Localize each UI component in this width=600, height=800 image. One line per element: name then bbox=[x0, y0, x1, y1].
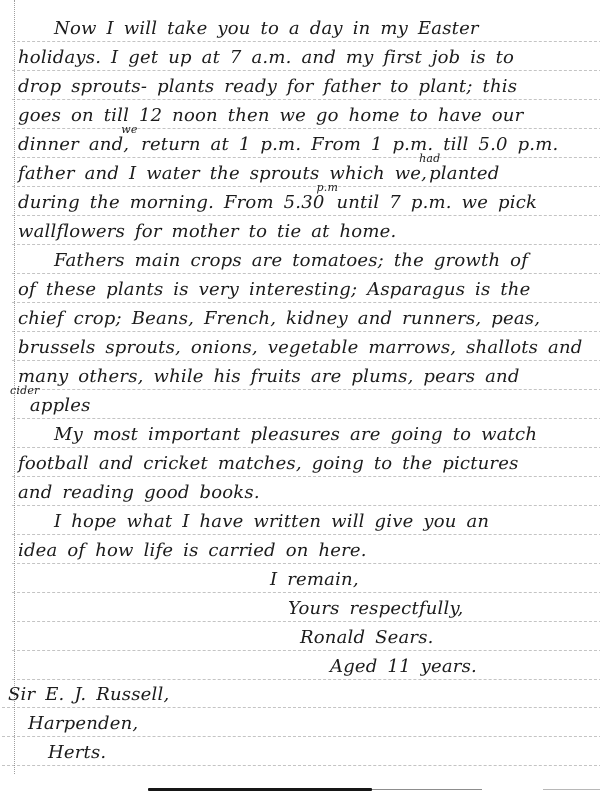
letter-line: My most important pleasures are going to… bbox=[18, 420, 594, 449]
insertion-marker: p.m bbox=[325, 190, 327, 208]
handwritten-text-run: Herts. bbox=[48, 742, 106, 763]
inserted-word: cider bbox=[10, 385, 40, 396]
handwritten-text-run: Yours respectfully, bbox=[288, 598, 463, 619]
letter-line: football and cricket matches, going to t… bbox=[18, 449, 594, 478]
letter-line: I hope what I have written will give you… bbox=[18, 507, 594, 536]
letter-line: holidays. I get up at 7 a.m. and my firs… bbox=[18, 43, 594, 72]
handwritten-text-run: goes on till 12 noon then we go home to … bbox=[18, 105, 523, 126]
page-bottom-rule-dark bbox=[148, 788, 372, 791]
handwritten-text-run: until 7 p.m. we pick bbox=[327, 192, 538, 213]
handwritten-text-run: idea of how life is carried on here. bbox=[18, 540, 367, 561]
handwritten-text-run: My most important pleasures are going to… bbox=[54, 424, 537, 445]
handwritten-text-run: Harpenden, bbox=[28, 713, 138, 734]
inserted-word: we bbox=[121, 124, 137, 135]
recipient-address-block: Sir E. J. Russell,Harpenden,Herts. bbox=[8, 680, 594, 767]
inserted-word: p.m bbox=[317, 182, 339, 193]
letter-line: wallflowers for mother to tie at home. bbox=[18, 217, 594, 246]
letter-line: brussels sprouts, onions, vegetable marr… bbox=[18, 333, 594, 362]
letter-line: of these plants is very interesting; Asp… bbox=[18, 275, 594, 304]
handwritten-text-run: apples bbox=[20, 395, 91, 416]
handwritten-text-run: football and cricket matches, going to t… bbox=[18, 453, 519, 474]
letter-line: drop sprouts- plants ready for father to… bbox=[18, 72, 594, 101]
handwritten-text-run: Aged 11 years. bbox=[330, 656, 477, 677]
letter-line: during the morning. From 5.30p.m until 7… bbox=[18, 188, 594, 217]
handwritten-text-run: I remain, bbox=[270, 569, 359, 590]
letter-line: Now I will take you to a day in my Easte… bbox=[18, 14, 594, 43]
letter-body: Now I will take you to a day in my Easte… bbox=[18, 14, 594, 681]
handwritten-text-run: and reading good books. bbox=[18, 482, 260, 503]
page-bottom-rule-mid bbox=[372, 789, 482, 790]
insertion-marker: we bbox=[129, 132, 131, 150]
insertion-marker: had bbox=[427, 161, 429, 179]
letter-line: goes on till 12 noon then we go home to … bbox=[18, 101, 594, 130]
address-line: Herts. bbox=[8, 738, 594, 767]
closing-line: Ronald Sears. bbox=[18, 623, 594, 652]
scanned-letter-page: Now I will take you to a day in my Easte… bbox=[0, 0, 600, 800]
page-bottom-rule-faint bbox=[543, 789, 600, 790]
letter-line: and reading good books. bbox=[18, 478, 594, 507]
handwritten-text-run: planted bbox=[429, 163, 499, 184]
inserted-word: had bbox=[419, 153, 440, 164]
handwritten-text-run: I hope what I have written will give you… bbox=[54, 511, 489, 532]
letter-line: many others, while his fruits are plums,… bbox=[18, 362, 594, 391]
letter-line: idea of how life is carried on here. bbox=[18, 536, 594, 565]
handwritten-text-run: wallflowers for mother to tie at home. bbox=[18, 221, 396, 242]
insertion-marker: cider bbox=[18, 393, 20, 411]
handwritten-text-run: father and I water the sprouts which we, bbox=[18, 163, 427, 184]
handwritten-text-run: brussels sprouts, onions, vegetable marr… bbox=[18, 337, 582, 358]
closing-line: Aged 11 years. bbox=[18, 652, 594, 681]
handwritten-text-run: Now I will take you to a day in my Easte… bbox=[54, 18, 479, 39]
handwritten-text-run: Sir E. J. Russell, bbox=[8, 684, 169, 705]
address-line: Harpenden, bbox=[8, 709, 594, 738]
handwritten-text-run: chief crop; Beans, French, kidney and ru… bbox=[18, 308, 540, 329]
handwritten-text-run: Ronald Sears. bbox=[300, 627, 434, 648]
handwritten-text-run: return at 1 p.m. From 1 p.m. till 5.0 p.… bbox=[131, 134, 558, 155]
letter-line: dinner and,we return at 1 p.m. From 1 p.… bbox=[18, 130, 594, 159]
handwritten-text-run: drop sprouts- plants ready for father to… bbox=[18, 76, 517, 97]
closing-line: Yours respectfully, bbox=[18, 594, 594, 623]
handwritten-text-run: during the morning. From 5.30 bbox=[18, 192, 325, 213]
letter-line: father and I water the sprouts which we,… bbox=[18, 159, 594, 188]
handwritten-text-run: of these plants is very interesting; Asp… bbox=[18, 279, 530, 300]
address-line: Sir E. J. Russell, bbox=[8, 680, 594, 709]
letter-line: Fathers main crops are tomatoes; the gro… bbox=[18, 246, 594, 275]
handwritten-text-run: Fathers main crops are tomatoes; the gro… bbox=[54, 250, 528, 271]
letter-line: cider apples bbox=[18, 391, 594, 420]
handwritten-text-run: dinner and, bbox=[18, 134, 129, 155]
handwritten-text-run: many others, while his fruits are plums,… bbox=[18, 366, 520, 387]
handwritten-text-run: holidays. I get up at 7 a.m. and my firs… bbox=[18, 47, 514, 68]
letter-line: chief crop; Beans, French, kidney and ru… bbox=[18, 304, 594, 333]
closing-line: I remain, bbox=[18, 565, 594, 594]
